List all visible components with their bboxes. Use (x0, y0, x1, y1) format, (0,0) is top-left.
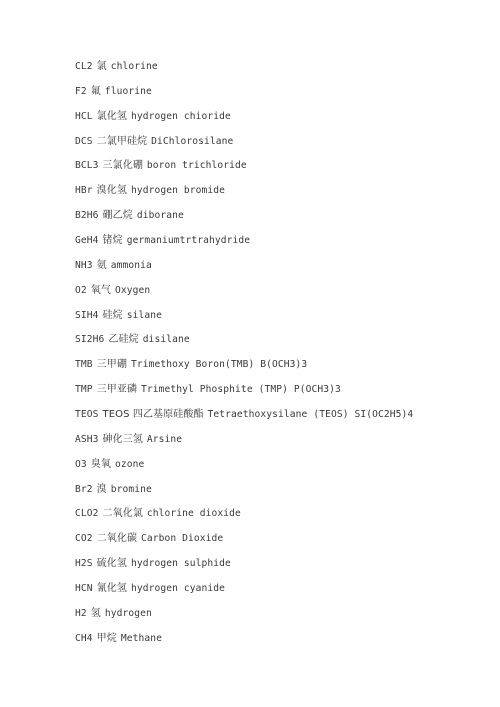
english-name: fluorine (105, 86, 152, 97)
english-name: diborane (137, 210, 184, 221)
chinese-name: 氰化氢 (97, 583, 127, 594)
english-name: ozone (115, 459, 144, 470)
document-page: CL2氯chlorineF2氟fluorineHCL氯化氢hydrogen ch… (0, 0, 500, 707)
chemical-formula: CL2 (75, 61, 93, 72)
glossary-entry: BCL3三氯化硼boron trichloride (75, 158, 417, 183)
chemical-formula: SIH4 (75, 310, 99, 321)
chemical-formula: DCS (75, 136, 93, 147)
chinese-name: 溴化氢 (97, 185, 127, 196)
glossary-entry: HBr溴化氢hydrogen bromide (75, 183, 417, 208)
glossary-entry: CO2二氧化碳Carbon Dioxide (75, 531, 417, 556)
chinese-name: 三甲亚磷 (97, 384, 137, 395)
english-name: hydrogen cyanide (131, 583, 225, 594)
english-name: Trimethyl Phosphite (TMP) P(OCH3)3 (141, 384, 341, 395)
glossary-entry: H2S硫化氢hydrogen sulphide (75, 556, 417, 581)
chemical-formula: CH4 (75, 633, 93, 644)
chinese-name: 氨 (97, 260, 107, 271)
chinese-name: 砷化三氢 (103, 434, 143, 445)
chemical-formula: GeH4 (75, 235, 99, 246)
chemical-formula: O2 (75, 285, 87, 296)
glossary-entry: HCL氯化氢hydrogen chioride (75, 109, 417, 134)
chemical-formula: HBr (75, 185, 93, 196)
chinese-name: 氯 (97, 61, 107, 72)
chinese-name: 甲烷 (97, 633, 117, 644)
english-name: germaniumtrtrahydride (127, 235, 250, 246)
english-name: chlorine (111, 61, 158, 72)
glossary-entry: CL2氯chlorine (75, 59, 417, 84)
glossary-entry: O3臭氧ozone (75, 457, 417, 482)
english-name: ammonia (111, 260, 152, 271)
glossary-entry: GeH4锗烷germaniumtrtrahydride (75, 233, 417, 258)
english-name: Arsine (147, 434, 182, 445)
english-name: Oxygen (115, 285, 150, 296)
chemical-formula: ASH3 (75, 434, 99, 445)
english-name: silane (127, 310, 162, 321)
chinese-name: 乙硅烷 (108, 334, 138, 345)
glossary-entry: CLO2二氧化氯chlorine dioxide (75, 506, 417, 531)
chemical-formula: SI2H6 (75, 334, 104, 345)
chinese-name: 氧气 (91, 285, 111, 296)
chemical-formula: TEOS (75, 409, 99, 420)
chemical-formula: BCL3 (75, 160, 99, 171)
chinese-name: 氯化氢 (97, 111, 127, 122)
gas-glossary-list: CL2氯chlorineF2氟fluorineHCL氯化氢hydrogen ch… (75, 59, 417, 656)
glossary-entry: O2氧气Oxygen (75, 283, 417, 308)
chemical-formula: HCN (75, 583, 93, 594)
glossary-entry: NH3氨ammonia (75, 258, 417, 283)
chinese-name: 三氯化硼 (103, 160, 143, 171)
english-name: chlorine dioxide (147, 508, 241, 519)
chemical-formula: B2H6 (75, 210, 99, 221)
glossary-entry: SIH4硅烷silane (75, 308, 417, 333)
chinese-name: 溴 (97, 484, 107, 495)
chinese-name: 氟 (91, 86, 101, 97)
english-name: disilane (143, 334, 190, 345)
english-name: Tetraethoxysilane (TEOS) SI(OC2H5)4 (208, 409, 414, 420)
chinese-name: 二氧化碳 (97, 533, 137, 544)
chinese-name: 氢 (91, 608, 101, 619)
glossary-entry: CH4甲烷Methane (75, 631, 417, 656)
english-name: hydrogen chioride (131, 111, 231, 122)
glossary-entry: ASH3砷化三氢Arsine (75, 432, 417, 457)
glossary-entry: TEOSTEOS 四乙基原硅酸酯Tetraethoxysilane (TEOS)… (75, 407, 417, 432)
english-name: hydrogen sulphide (131, 558, 231, 569)
chemical-formula: TMB (75, 359, 93, 370)
chinese-name: 二氯甲硅烷 (97, 136, 148, 147)
chinese-name: 二氧化氯 (103, 508, 143, 519)
chemical-formula: O3 (75, 459, 87, 470)
english-name: Carbon Dioxide (141, 533, 223, 544)
chemical-formula: NH3 (75, 260, 93, 271)
chemical-formula: H2 (75, 608, 87, 619)
glossary-entry: Br2溴bromine (75, 482, 417, 507)
glossary-entry: HCN氰化氢hydrogen cyanide (75, 581, 417, 606)
glossary-entry: H2氢hydrogen (75, 606, 417, 631)
english-name: boron trichloride (147, 160, 247, 171)
chinese-name: 锗烷 (103, 235, 123, 246)
glossary-entry: SI2H6乙硅烷disilane (75, 332, 417, 357)
chemical-formula: CLO2 (75, 508, 99, 519)
chinese-name: 硫化氢 (97, 558, 127, 569)
glossary-entry: B2H6硼乙烷diborane (75, 208, 417, 233)
english-name: hydrogen bromide (131, 185, 225, 196)
english-name: hydrogen (105, 608, 152, 619)
english-name: DiChlorosilane (151, 136, 233, 147)
chemical-formula: Br2 (75, 484, 93, 495)
glossary-entry: TMP三甲亚磷Trimethyl Phosphite (TMP) P(OCH3)… (75, 382, 417, 407)
chinese-name: 三甲硼 (97, 359, 127, 370)
chemical-formula: HCL (75, 111, 93, 122)
glossary-entry: F2氟fluorine (75, 84, 417, 109)
glossary-entry: DCS二氯甲硅烷DiChlorosilane (75, 134, 417, 159)
chinese-name: 臭氧 (91, 459, 111, 470)
english-name: Trimethoxy Boron(TMB) B(OCH3)3 (131, 359, 307, 370)
glossary-entry: TMB三甲硼Trimethoxy Boron(TMB) B(OCH3)3 (75, 357, 417, 382)
english-name: Methane (121, 633, 162, 644)
chinese-name: TEOS 四乙基原硅酸酯 (103, 409, 204, 420)
chemical-formula: F2 (75, 86, 87, 97)
chemical-formula: CO2 (75, 533, 93, 544)
english-name: bromine (111, 484, 152, 495)
chemical-formula: H2S (75, 558, 93, 569)
chinese-name: 硅烷 (103, 310, 123, 321)
chinese-name: 硼乙烷 (103, 210, 133, 221)
chemical-formula: TMP (75, 384, 93, 395)
